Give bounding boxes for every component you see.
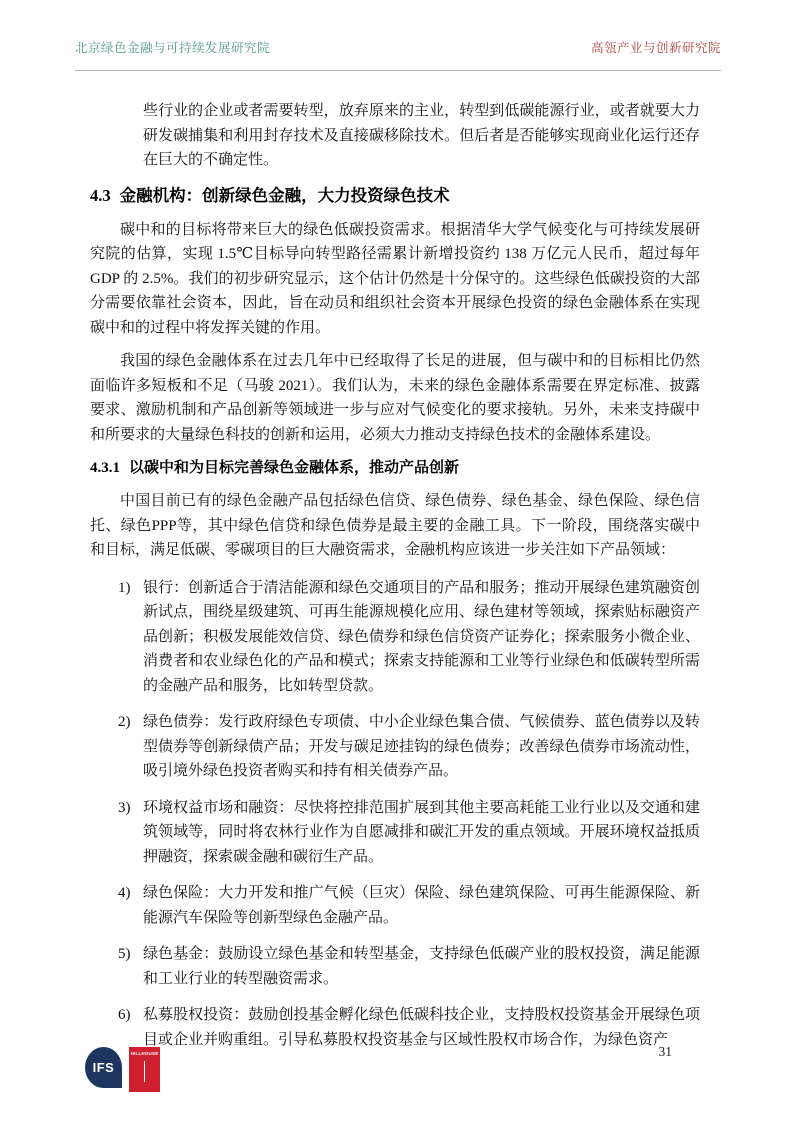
subsection-number: 4.3.1 — [90, 460, 120, 476]
list-item-number: 5) — [90, 942, 143, 991]
list-item: 5) 绿色基金：鼓励设立绿色基金和转型基金，支持绿色低碳产业的股权投资，满足能源… — [90, 942, 700, 991]
header-left-institution: 北京绿色金融与可持续发展研究院 — [75, 38, 270, 56]
paragraph-investment-demand: 碳中和的目标将带来巨大的绿色低碳投资需求。根据清华大学气候变化与可持续发展研究院… — [90, 218, 700, 341]
footer-logos: IFS HILLHOUSE — [85, 1047, 160, 1092]
list-item: 4) 绿色保险：大力开发和推广气候（巨灾）保险、绿色建筑保险、可再生能源保险、新… — [90, 881, 700, 930]
list-item-number: 4) — [90, 881, 143, 930]
subsection-title: 以碳中和为目标完善绿色金融体系，推动产品创新 — [129, 459, 459, 476]
list-item-number: 3) — [90, 796, 143, 870]
list-item: 6) 私募股权投资：鼓励创投基金孵化绿色低碳科技企业，支持股权投资基金开展绿色项… — [90, 1003, 700, 1052]
list-item: 3) 环境权益市场和融资：尽快将控排范围扩展到其他主要高耗能工业行业以及交通和建… — [90, 796, 700, 870]
subsection-heading-4-3-1: 4.3.1以碳中和为目标完善绿色金融体系，推动产品创新 — [90, 456, 700, 480]
ifs-logo-label: IFS — [93, 1060, 115, 1075]
hillhouse-seal-mark — [144, 1061, 146, 1082]
list-item-number: 2) — [90, 710, 143, 784]
page-header: 北京绿色金融与可持续发展研究院 高瓴产业与创新研究院 — [75, 38, 721, 56]
header-divider — [75, 70, 721, 71]
product-areas-list: 1) 银行：创新适合于清洁能源和绿色交通项目的产品和服务；推动开展绿色建筑融资创… — [90, 576, 700, 1053]
document-page: 北京绿色金融与可持续发展研究院 高瓴产业与创新研究院 些行业的企业或者需要转型，… — [0, 0, 793, 1122]
ifs-logo: IFS — [85, 1047, 122, 1088]
list-item: 1) 银行：创新适合于清洁能源和绿色交通项目的产品和服务；推动开展绿色建筑融资创… — [90, 576, 700, 699]
list-item-number: 1) — [90, 576, 143, 699]
hillhouse-logo-label: HILLHOUSE — [131, 1051, 159, 1056]
list-item-text: 环境权益市场和融资：尽快将控排范围扩展到其他主要高耗能工业行业以及交通和建筑领域… — [143, 796, 700, 870]
page-number: 31 — [659, 1044, 673, 1060]
header-right-institution: 高瓴产业与创新研究院 — [591, 38, 721, 56]
document-body: 些行业的企业或者需要转型，放弃原来的主业，转型到低碳能源行业，或者就要大力研发碳… — [90, 99, 700, 1064]
section-number: 4.3 — [90, 186, 111, 205]
paragraph-green-finance-system: 我国的绿色金融体系在过去几年中已经取得了长足的进展，但与碳中和的目标相比仍然面临… — [90, 349, 700, 447]
section-heading-4-3: 4.3金融机构：创新绿色金融，大力投资绿色技术 — [90, 182, 700, 210]
hillhouse-logo: HILLHOUSE — [129, 1047, 160, 1092]
list-item-text: 绿色债券：发行政府绿色专项债、中小企业绿色集合债、气候债券、蓝色债券以及转型债券… — [143, 710, 700, 784]
list-item-text: 绿色基金：鼓励设立绿色基金和转型基金，支持绿色低碳产业的股权投资，满足能源和工业… — [143, 942, 700, 991]
list-item-text: 私募股权投资：鼓励创投基金孵化绿色低碳科技企业，支持股权投资基金开展绿色项目或企… — [143, 1003, 700, 1052]
paragraph-continuation: 些行业的企业或者需要转型，放弃原来的主业，转型到低碳能源行业，或者就要大力研发碳… — [143, 99, 700, 173]
list-item-text: 绿色保险：大力开发和推广气候（巨灾）保险、绿色建筑保险、可再生能源保险、新能源汽… — [143, 881, 700, 930]
list-item-text: 银行：创新适合于清洁能源和绿色交通项目的产品和服务；推动开展绿色建筑融资创新试点… — [143, 576, 700, 699]
list-item: 2) 绿色债券：发行政府绿色专项债、中小企业绿色集合债、气候债券、蓝色债券以及转… — [90, 710, 700, 784]
paragraph-subsection-intro: 中国目前已有的绿色金融产品包括绿色信贷、绿色债券、绿色基金、绿色保险、绿色信托、… — [90, 489, 700, 563]
list-item-number: 6) — [90, 1003, 143, 1052]
section-title: 金融机构：创新绿色金融，大力投资绿色技术 — [120, 187, 450, 205]
